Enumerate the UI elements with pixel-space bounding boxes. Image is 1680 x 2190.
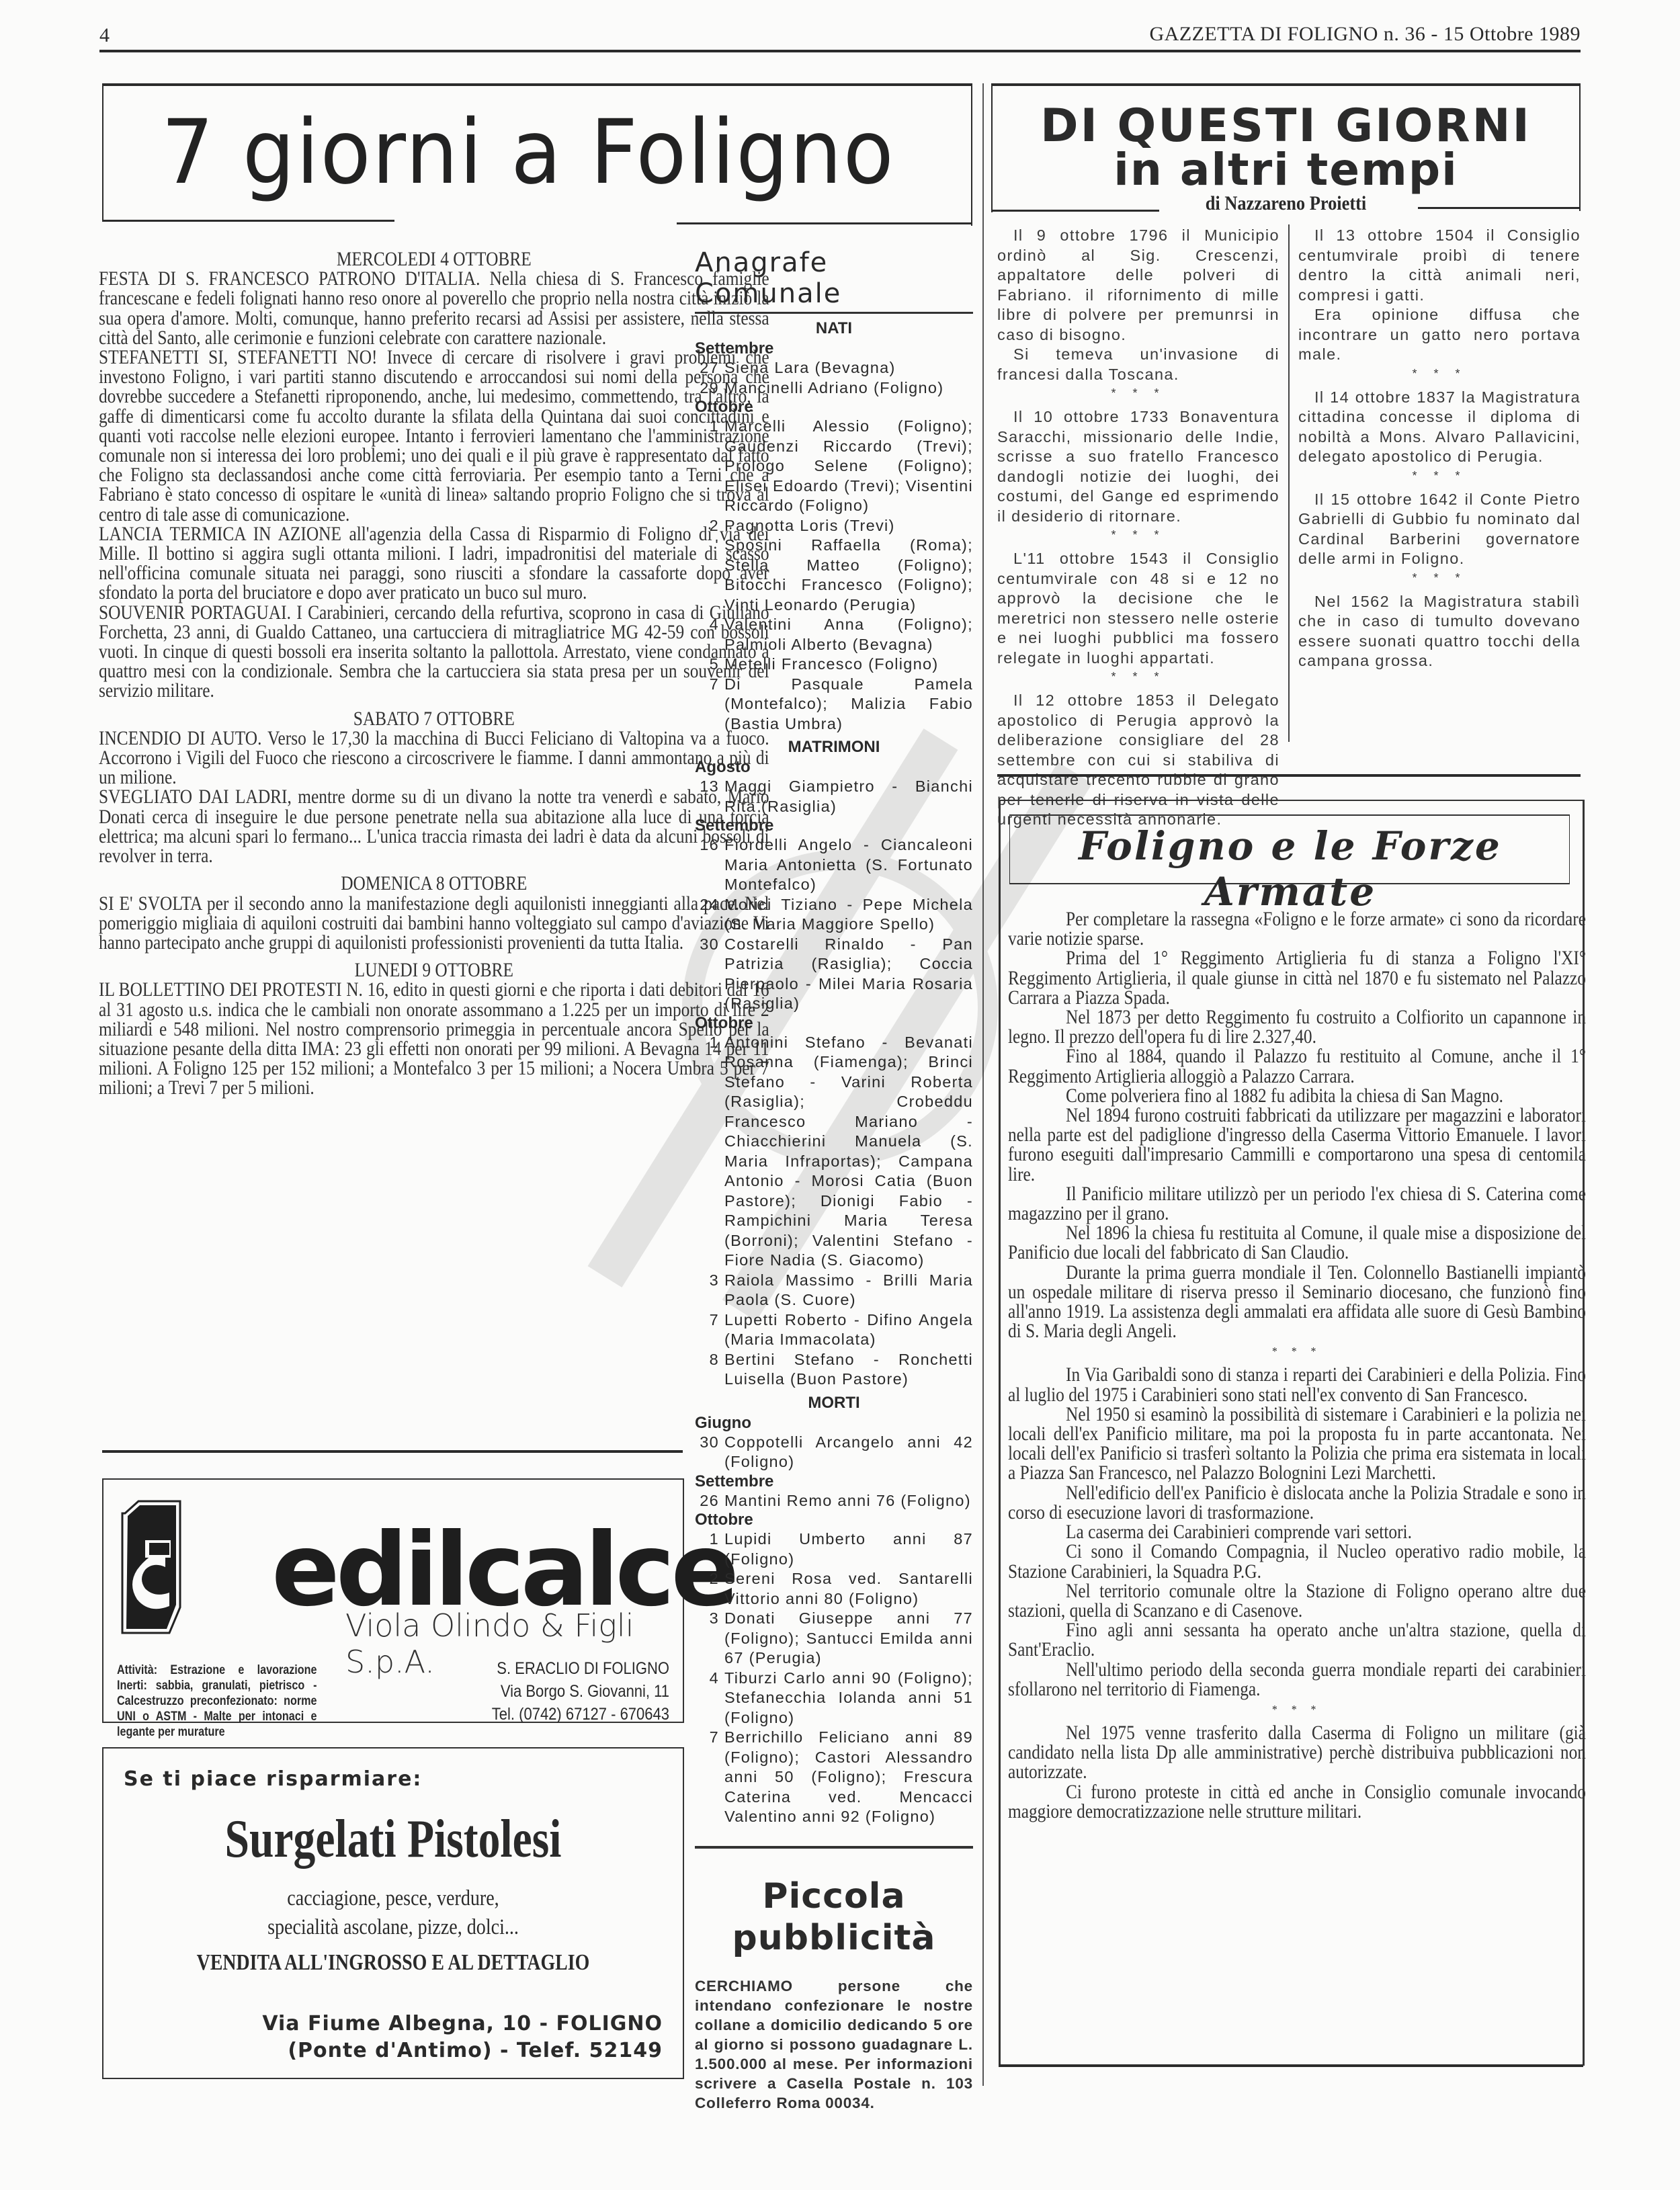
entry-text: Maggi Giampietro - Bianchi Rita (Rasigli…: [724, 777, 973, 816]
fa-paragraph: In Via Garibaldi sono di stanza i repart…: [1008, 1365, 1586, 1404]
dq-title-line2: in altri tempi: [991, 144, 1581, 196]
dq-paragraph: L'11 ottobre 1543 il Consiglio centumvir…: [997, 549, 1279, 668]
anagrafe-entry: 2Pagnotta Loris (Trevi): [695, 516, 973, 536]
entry-text: Lupetti Roberto - Difino Angela (Maria I…: [724, 1310, 973, 1350]
dq-paragraph: Nel 1562 la Magistratura stabilì che in …: [1298, 592, 1581, 671]
ad-surgelati-pistolesi: Se ti piace risparmiare: Surgelati Pisto…: [102, 1747, 684, 2079]
fa-paragraph: Nell'ultimo periodo della seconda guerra…: [1008, 1660, 1586, 1699]
separator-stars: * * *: [1298, 366, 1581, 381]
dq-byline: di Nazzareno Proietti: [1027, 192, 1546, 215]
news-item-lead: SI E' SVOLTA: [99, 893, 202, 915]
entry-day: 8: [695, 1350, 724, 1390]
fa-paragraph: Fino al 1884, quando il Palazzo fu resti…: [1008, 1047, 1586, 1086]
fa-paragraph: Fino agli anni sessanta ha operato anche…: [1008, 1621, 1586, 1660]
entry-day: 24: [695, 895, 724, 935]
anagrafe-month: Agosto: [695, 758, 973, 777]
news-item: FESTA DI S. FRANCESCO PATRONO D'ITALIA. …: [99, 269, 769, 348]
edilcalce-logo-icon: [118, 1500, 183, 1634]
separator-stars: * * *: [1008, 1702, 1586, 1717]
news-item-lead: LANCIA TERMICA IN AZIONE: [99, 523, 341, 545]
entry-text: Morici Tiziano - Pepe Michela (S. Maria …: [724, 895, 973, 935]
title-box-right: [971, 83, 972, 226]
anagrafe-entry: 4Tiburzi Carlo anni 90 (Foligno); Stefan…: [695, 1669, 973, 1728]
piccola-pubblicita-title: Piccola pubblicità: [695, 1876, 973, 1959]
entry-text: Antonini Stefano - Bevanati Rosanna (Fia…: [724, 1033, 973, 1271]
news-item-text: Invece di cercare di risolvere i gravi p…: [99, 347, 769, 525]
news-item-lead: FESTA DI S. FRANCESCO PATRONO D'ITALIA.: [99, 268, 480, 290]
anagrafe-month: Ottobre: [695, 1511, 973, 1529]
separator-stars: * * *: [1298, 571, 1581, 585]
fa-paragraph: Nel 1950 si esaminò la possibilità di si…: [1008, 1405, 1586, 1484]
header-rule: [99, 50, 1581, 52]
entry-day: 13: [695, 777, 724, 816]
anagrafe-month: Giugno: [695, 1414, 973, 1433]
separator-stars: * * *: [1298, 468, 1581, 483]
entry-day: ': [695, 536, 724, 615]
dq-paragraph: Il 9 ottobre 1796 il Municipio ordinò al…: [997, 226, 1279, 345]
news-item-lead: SOUVENIR PORTAGUAI.: [99, 602, 291, 624]
fa-paragraph: Nel territorio comunale oltre la Stazion…: [1008, 1582, 1586, 1621]
entry-day: 4: [695, 1669, 724, 1728]
anagrafe-entry: 7Lupetti Roberto - Difino Angela (Maria …: [695, 1310, 973, 1350]
anagrafe-section-morti: MORTI: [695, 1394, 973, 1413]
news-item: INCENDIO DI AUTO. Verso le 17,30 la macc…: [99, 729, 769, 788]
anagrafe-entry: 3Raiola Massimo - Brilli Maria Paola (S.…: [695, 1271, 973, 1310]
surgelati-line1: cacciagione, pesce, verdure,: [147, 1886, 640, 1911]
fa-paragraph: Ci sono il Comando Compagnia, il Nucleo …: [1008, 1542, 1586, 1581]
surgelati-address: Via Fiume Albegna, 10 - FOLIGNO: [262, 2011, 663, 2037]
piccola-pubblicita-text: persone che intendano confezionare le no…: [695, 1978, 973, 2111]
entry-day: 2: [695, 1569, 724, 1609]
anagrafe-entry: 26Mantini Remo anni 76 (Foligno): [695, 1491, 973, 1511]
dq-paragraph: Si temeva un'invasione di francesi dalla…: [997, 345, 1279, 384]
anagrafe-entry: 29Mancinelli Adriano (Foligno): [695, 378, 973, 398]
anagrafe-entry: 2Sereni Rosa ved. Santarelli Vittorio an…: [695, 1569, 973, 1609]
surgelati-line2: specialità ascolane, pizze, dolci...: [147, 1915, 640, 1940]
dq-paragraph: Era opinione diffusa che incontrare un g…: [1298, 305, 1581, 365]
surgelati-line3: VENDITA ALL'INGROSSO E AL DETTAGLIO: [156, 1950, 631, 1976]
news-item: SOUVENIR PORTAGUAI. I Carabinieri, cerca…: [99, 603, 769, 702]
dq-column-2: Il 13 ottobre 1504 il Consiglio centumvi…: [1298, 226, 1581, 671]
piccola-pubblicita-lead: CERCHIAMO: [695, 1978, 793, 1994]
dq-paragraph: Il 14 ottobre 1837 la Magistratura citta…: [1298, 388, 1581, 467]
fa-paragraph: Il Panificio militare utilizzò per un pe…: [1008, 1185, 1586, 1224]
anagrafe-section-matrimoni: MATRIMONI: [695, 738, 973, 757]
edilcalce-phone: Tel. (0742) 67127 - 670643: [445, 1703, 669, 1726]
entry-day: 16: [695, 835, 724, 895]
title-box-left: [102, 83, 103, 221]
entry-text: Lupidi Umberto anni 87 (Foligno): [724, 1529, 973, 1569]
anagrafe-title: Anagrafe Comunale: [695, 247, 973, 309]
news-item: SVEGLIATO DAI LADRI, mentre dorme su di …: [99, 788, 769, 866]
entry-text: Metelli Francesco (Foligno): [724, 655, 973, 675]
anagrafe-month: Ottobre: [695, 1014, 973, 1033]
anagrafe-entry: 5Metelli Francesco (Foligno): [695, 655, 973, 675]
anagrafe-month: Settembre: [695, 339, 973, 358]
entry-day: 7: [695, 1728, 724, 1827]
fa-paragraph: Nell'edificio dell'ex Panificio è disloc…: [1008, 1484, 1586, 1523]
entry-text: Pagnotta Loris (Trevi): [724, 516, 973, 536]
entry-day: 26: [695, 1491, 724, 1511]
news-item: STEFANETTI SI, STEFANETTI NO! Invece di …: [99, 348, 769, 525]
day-heading: LUNEDI 9 OTTOBRE: [99, 961, 769, 980]
page-number: 4: [99, 24, 110, 47]
day-heading: MERCOLEDI 4 OTTOBRE: [99, 250, 769, 269]
forze-armate-title: Foligno e le Forze Armate: [1009, 823, 1571, 915]
entry-text: Bertini Stefano - Ronchetti Luisella (Bu…: [724, 1350, 973, 1390]
forze-armate-body: Per completare la rassegna «Foligno e le…: [1008, 910, 1680, 1822]
separator-stars: * * *: [997, 669, 1279, 684]
forze-armate-end-rule: [999, 2064, 1583, 2067]
day-heading: DOMENICA 8 OTTOBRE: [99, 874, 769, 894]
column-divider: [982, 83, 984, 2086]
anagrafe-entry: 30Coppotelli Arcangelo anni 42 (Foligno): [695, 1433, 973, 1472]
news-item: IL BOLLETTINO DEI PROTESTI N. 16, edito …: [99, 980, 769, 1098]
anagrafe-entry: 30Costarelli Rinaldo - Pan Patrizia (Ras…: [695, 935, 973, 1014]
news-item-lead: STEFANETTI SI, STEFANETTI NO!: [99, 347, 378, 368]
entry-day: 4: [695, 615, 724, 655]
entry-text: Di Pasquale Pamela (Montefalco); Malizia…: [724, 675, 973, 734]
entry-day: 5: [695, 655, 724, 675]
fa-paragraph: Nel 1894 furono costruiti fabbricati da …: [1008, 1106, 1586, 1185]
dq-column-1: Il 9 ottobre 1796 il Municipio ordinò al…: [997, 226, 1279, 830]
news-item-lead: IL BOLLETTINO DEI PROTESTI N. 16,: [99, 979, 388, 1001]
entry-day: 27: [695, 358, 724, 378]
anagrafe-comunale: Anagrafe Comunale NATISettembre27Siena L…: [695, 247, 973, 2113]
edilcalce-activities: Attività: Estrazione e lavorazione Inert…: [117, 1662, 317, 1740]
anagrafe-entry: 7Di Pasquale Pamela (Montefalco); Malizi…: [695, 675, 973, 734]
entry-text: Fiordelli Angelo - Ciancaleoni Maria Ant…: [724, 835, 973, 895]
news-item: SI E' SVOLTA per il secondo anno la mani…: [99, 894, 769, 954]
entry-text: Sposini Raffaella (Roma); Stella Matteo …: [724, 536, 973, 615]
entry-day: 1: [695, 417, 724, 516]
anagrafe-entry: 13Maggi Giampietro - Bianchi Rita (Rasig…: [695, 777, 973, 816]
piccola-pubblicita-title-line2: pubblicità: [695, 1917, 973, 1959]
forze-armate-text: Per completare la rassegna «Foligno e le…: [1008, 910, 1586, 1822]
edilcalce-address: S. ERACLIO DI FOLIGNO Via Borgo S. Giova…: [445, 1657, 669, 1726]
news-item: LANCIA TERMICA IN AZIONE all'agenzia del…: [99, 525, 769, 603]
sette-giorni-text: MERCOLEDI 4 OTTOBREFESTA DI S. FRANCESCO…: [99, 250, 769, 1099]
title-box-top: [102, 83, 972, 86]
anagrafe-entry: 'Sposini Raffaella (Roma); Stella Matteo…: [695, 536, 973, 615]
dq-paragraph: Il 13 ottobre 1504 il Consiglio centumvi…: [1298, 226, 1581, 305]
separator-stars: * * *: [1008, 1344, 1586, 1359]
entry-text: Costarelli Rinaldo - Pan Patrizia (Rasig…: [724, 935, 973, 1014]
fa-paragraph: Per completare la rassegna «Foligno e le…: [1008, 910, 1586, 949]
title-box-bottom-left: [102, 220, 394, 222]
edilcalce-address-line2: Via Borgo S. Giovanni, 11: [445, 1680, 669, 1703]
fa-paragraph: Come polveriera fino al 1882 fu adibita …: [1008, 1087, 1586, 1106]
entry-text: Marcelli Alessio (Foligno); Gaudenzi Ric…: [724, 417, 973, 516]
entry-day: 7: [695, 675, 724, 734]
anagrafe-entry: 1Lupidi Umberto anni 87 (Foligno): [695, 1529, 973, 1569]
anagrafe-entry: 4Valentini Anna (Foligno); Palmioli Albe…: [695, 615, 973, 655]
fa-paragraph: Durante la prima guerra mondiale il Ten.…: [1008, 1263, 1586, 1342]
surgelati-headline: Se ti piace risparmiare:: [124, 1767, 422, 1791]
dq-paragraph: Il 15 ottobre 1642 il Conte Pietro Gabri…: [1298, 490, 1581, 569]
entry-text: Sereni Rosa ved. Santarelli Vittorio ann…: [724, 1569, 973, 1609]
anagrafe-entry: 8Bertini Stefano - Ronchetti Luisella (B…: [695, 1350, 973, 1390]
entry-day: 3: [695, 1271, 724, 1310]
fa-paragraph: Nel 1896 la chiesa fu restituita al Comu…: [1008, 1224, 1586, 1263]
anagrafe-entry: 16Fiordelli Angelo - Ciancaleoni Maria A…: [695, 835, 973, 895]
dq-end-rule: [997, 774, 1581, 777]
anagrafe-entry: 24Morici Tiziano - Pepe Michela (S. Mari…: [695, 895, 973, 935]
entry-text: Tiburzi Carlo anni 90 (Foligno); Stefane…: [724, 1669, 973, 1728]
fa-paragraph: Nel 1873 per detto Reggimento fu costrui…: [1008, 1008, 1586, 1047]
running-head: GAZZETTA DI FOLIGNO n. 36 - 15 Ottobre 1…: [1149, 23, 1581, 46]
anagrafe-entry: 27Siena Lara (Bevagna): [695, 358, 973, 378]
day-heading: SABATO 7 OTTOBRE: [99, 710, 769, 729]
entry-day: 1: [695, 1033, 724, 1271]
piccola-pubblicita-title-line1: Piccola: [695, 1876, 973, 1917]
edilcalce-address-line1: S. ERACLIO DI FOLIGNO: [445, 1657, 669, 1680]
fa-paragraph: La caserma dei Carabinieri comprende var…: [1008, 1523, 1586, 1542]
entry-day: 1: [695, 1529, 724, 1569]
entry-day: 3: [695, 1609, 724, 1669]
anagrafe-month: Settembre: [695, 816, 973, 835]
entry-text: Siena Lara (Bevagna): [724, 358, 973, 378]
surgelati-contact: Via Fiume Albegna, 10 - FOLIGNO (Ponte d…: [262, 2011, 663, 2064]
piccola-pubblicita-body: CERCHIAMO persone che intendano confezio…: [695, 1976, 973, 2113]
dq-box-top: [991, 83, 1581, 86]
surgelati-phone: (Ponte d'Antimo) - Telef. 52149: [262, 2037, 663, 2064]
entry-text: Mancinelli Adriano (Foligno): [724, 378, 973, 398]
entry-day: 30: [695, 935, 724, 1014]
title-box-bottom-right: [677, 222, 972, 224]
entry-day: 2: [695, 516, 724, 536]
entry-day: 30: [695, 1433, 724, 1472]
anagrafe-entry: 1Antonini Stefano - Bevanati Rosanna (Fi…: [695, 1033, 973, 1271]
entry-text: Raiola Massimo - Brilli Maria Paola (S. …: [724, 1271, 973, 1310]
anagrafe-title-rule: [695, 312, 973, 314]
anagrafe-body: NATISettembre27Siena Lara (Bevagna)29Man…: [695, 319, 973, 1827]
anagrafe-end-rule: [695, 1846, 973, 1849]
ad-edilcalce: edilcalce Viola Olindo & Figli S.p.A. At…: [102, 1478, 684, 1723]
entry-day: 29: [695, 378, 724, 398]
dq-column-divider: [1288, 224, 1290, 742]
fa-paragraph: Ci furono proteste in città ed anche in …: [1008, 1783, 1586, 1822]
anagrafe-entry: 3Donati Giuseppe anni 77 (Foligno); Sant…: [695, 1609, 973, 1669]
separator-stars: * * *: [997, 386, 1279, 401]
anagrafe-month: Ottobre: [695, 398, 973, 417]
news-item-lead: INCENDIO DI AUTO.: [99, 728, 261, 749]
section-title-7-giorni: 7 giorni a Foligno: [161, 101, 895, 204]
separator-stars: * * *: [997, 528, 1279, 542]
entry-text: Valentini Anna (Foligno); Palmioli Alber…: [724, 615, 973, 655]
entry-text: Coppotelli Arcangelo anni 42 (Foligno): [724, 1433, 973, 1472]
entry-text: Mantini Remo anni 76 (Foligno): [724, 1491, 973, 1511]
entry-day: 7: [695, 1310, 724, 1350]
dq-paragraph: Il 10 ottobre 1733 Bonaventura Saracchi,…: [997, 407, 1279, 526]
anagrafe-month: Settembre: [695, 1472, 973, 1491]
fa-paragraph: Prima del 1° Reggimento Artiglieria fu d…: [1008, 949, 1586, 1008]
anagrafe-entry: 1Marcelli Alessio (Foligno); Gaudenzi Ri…: [695, 417, 973, 516]
surgelati-brand: Surgelati Pistolesi: [156, 1809, 631, 1870]
fa-paragraph: Nel 1975 venne trasferito dalla Caserma …: [1008, 1724, 1586, 1783]
news-item-lead: SVEGLIATO DAI LADRI,: [99, 786, 292, 808]
column-end-rule: [102, 1450, 683, 1453]
entry-text: Berrichillo Feliciano anni 89 (Foligno);…: [724, 1728, 973, 1827]
anagrafe-section-nati: NATI: [695, 319, 973, 338]
anagrafe-entry: 7Berrichillo Feliciano anni 89 (Foligno)…: [695, 1728, 973, 1827]
entry-text: Donati Giuseppe anni 77 (Foligno); Santu…: [724, 1609, 973, 1669]
